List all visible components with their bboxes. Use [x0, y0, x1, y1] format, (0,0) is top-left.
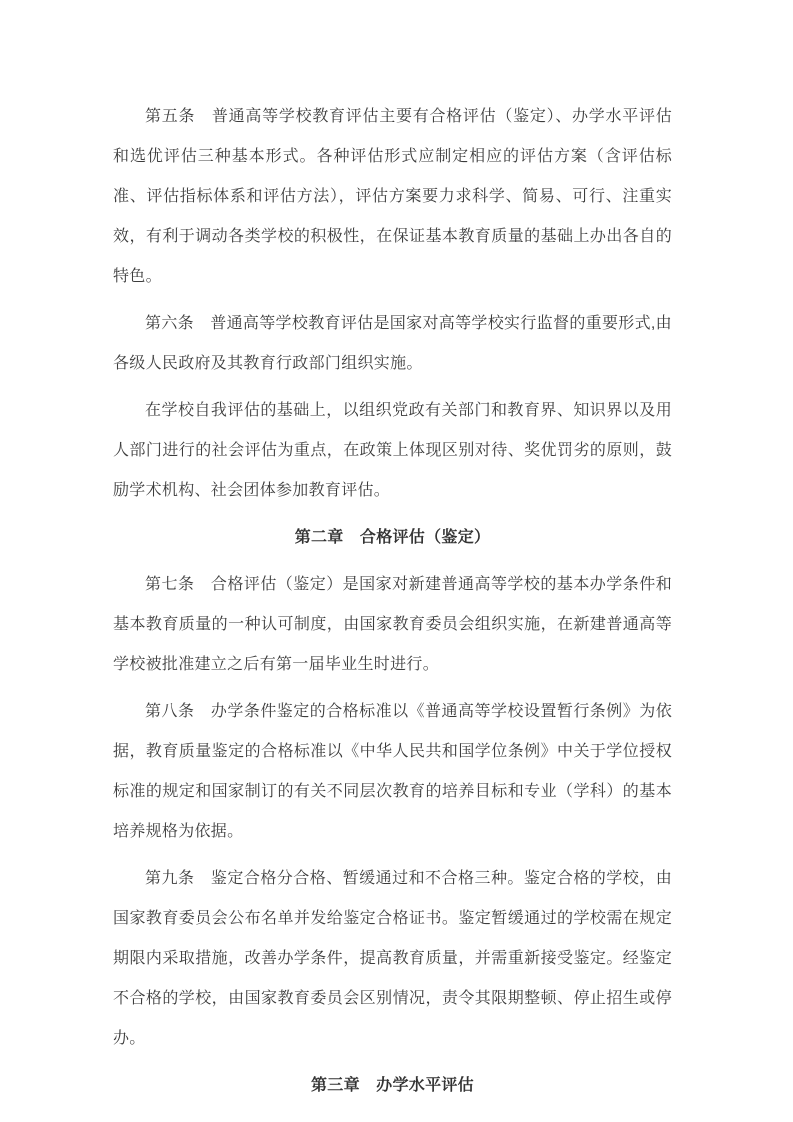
document-page: 第五条 普通高等学校教育评估主要有合格评估（鉴定）、办学水平评估和选优评估三种基…: [0, 0, 793, 1122]
article-paragraph-7: 第七条 合格评估（鉴定）是国家对新建普通高等学校的基本办学条件和基本教育质量的一…: [113, 565, 672, 685]
chapter-heading-3: 第三章 办学水平评估: [113, 1066, 672, 1106]
article-paragraph-9: 第九条 鉴定合格分合格、暂缓通过和不合格三种。鉴定合格的学校，由国家教育委员会公…: [113, 859, 672, 1059]
document-content: 第五条 普通高等学校教育评估主要有合格评估（鉴定）、办学水平评估和选优评估三种基…: [113, 97, 672, 1113]
article-paragraph-6: 第六条 普通高等学校教育评估是国家对高等学校实行监督的重要形式,由各级人民政府及…: [113, 304, 672, 384]
article-paragraph-8: 第八条 办学条件鉴定的合格标准以《普通高等学校设置暂行条例》为依据，教育质量鉴定…: [113, 692, 672, 852]
article-paragraph-5: 第五条 普通高等学校教育评估主要有合格评估（鉴定）、办学水平评估和选优评估三种基…: [113, 97, 672, 297]
chapter-heading-2: 第二章 合格评估（鉴定）: [113, 518, 672, 558]
article-paragraph-6-continued: 在学校自我评估的基础上，以组织党政有关部门和教育界、知识界以及用人部门进行的社会…: [113, 391, 672, 511]
